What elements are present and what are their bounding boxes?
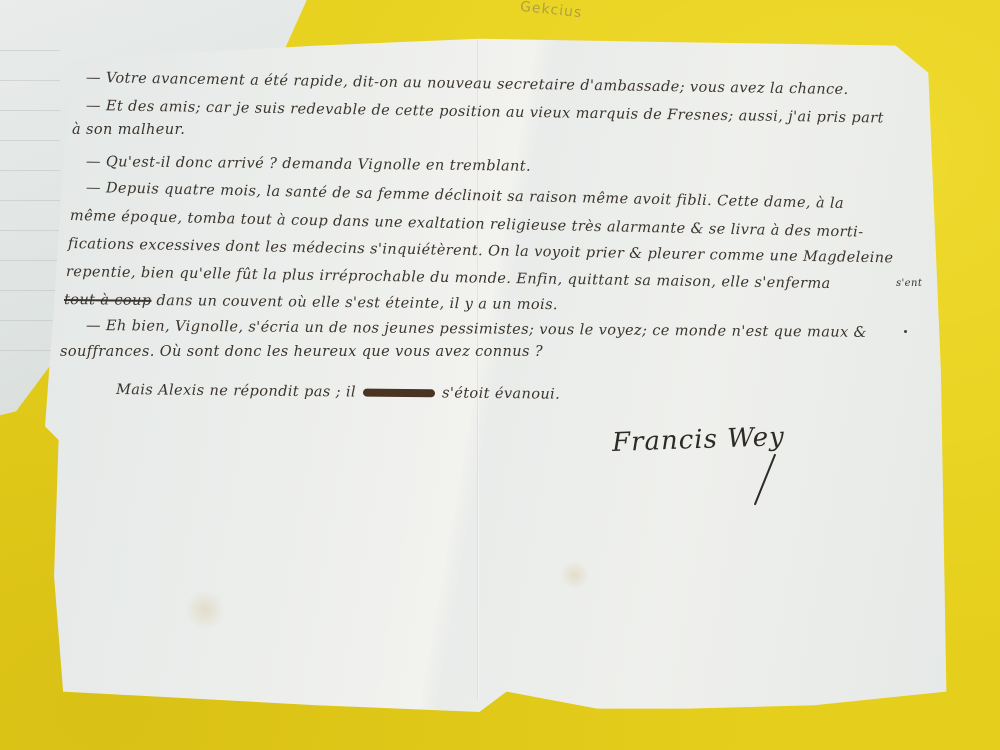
back-sheet-faint-lines — [0, 50, 60, 380]
struck-text: tout à coup — [64, 292, 152, 309]
ink-blot-strikethrough — [363, 389, 435, 398]
text-line-11: souffrances. Où sont donc les heureux qu… — [60, 344, 543, 360]
paper-stain — [560, 560, 590, 590]
text-line-12-end: s'étoit évanoui. — [442, 385, 560, 402]
paper-stain — [185, 590, 225, 630]
interlinear-insertion: s'ent — [896, 278, 922, 289]
fold-crease — [477, 40, 479, 700]
text-line-3: à son malheur. — [72, 122, 185, 138]
text-line-12-start: Mais Alexis ne répondit pas ; il — [116, 382, 356, 401]
ink-speck — [904, 330, 907, 333]
signature: Francis Wey — [612, 422, 786, 458]
